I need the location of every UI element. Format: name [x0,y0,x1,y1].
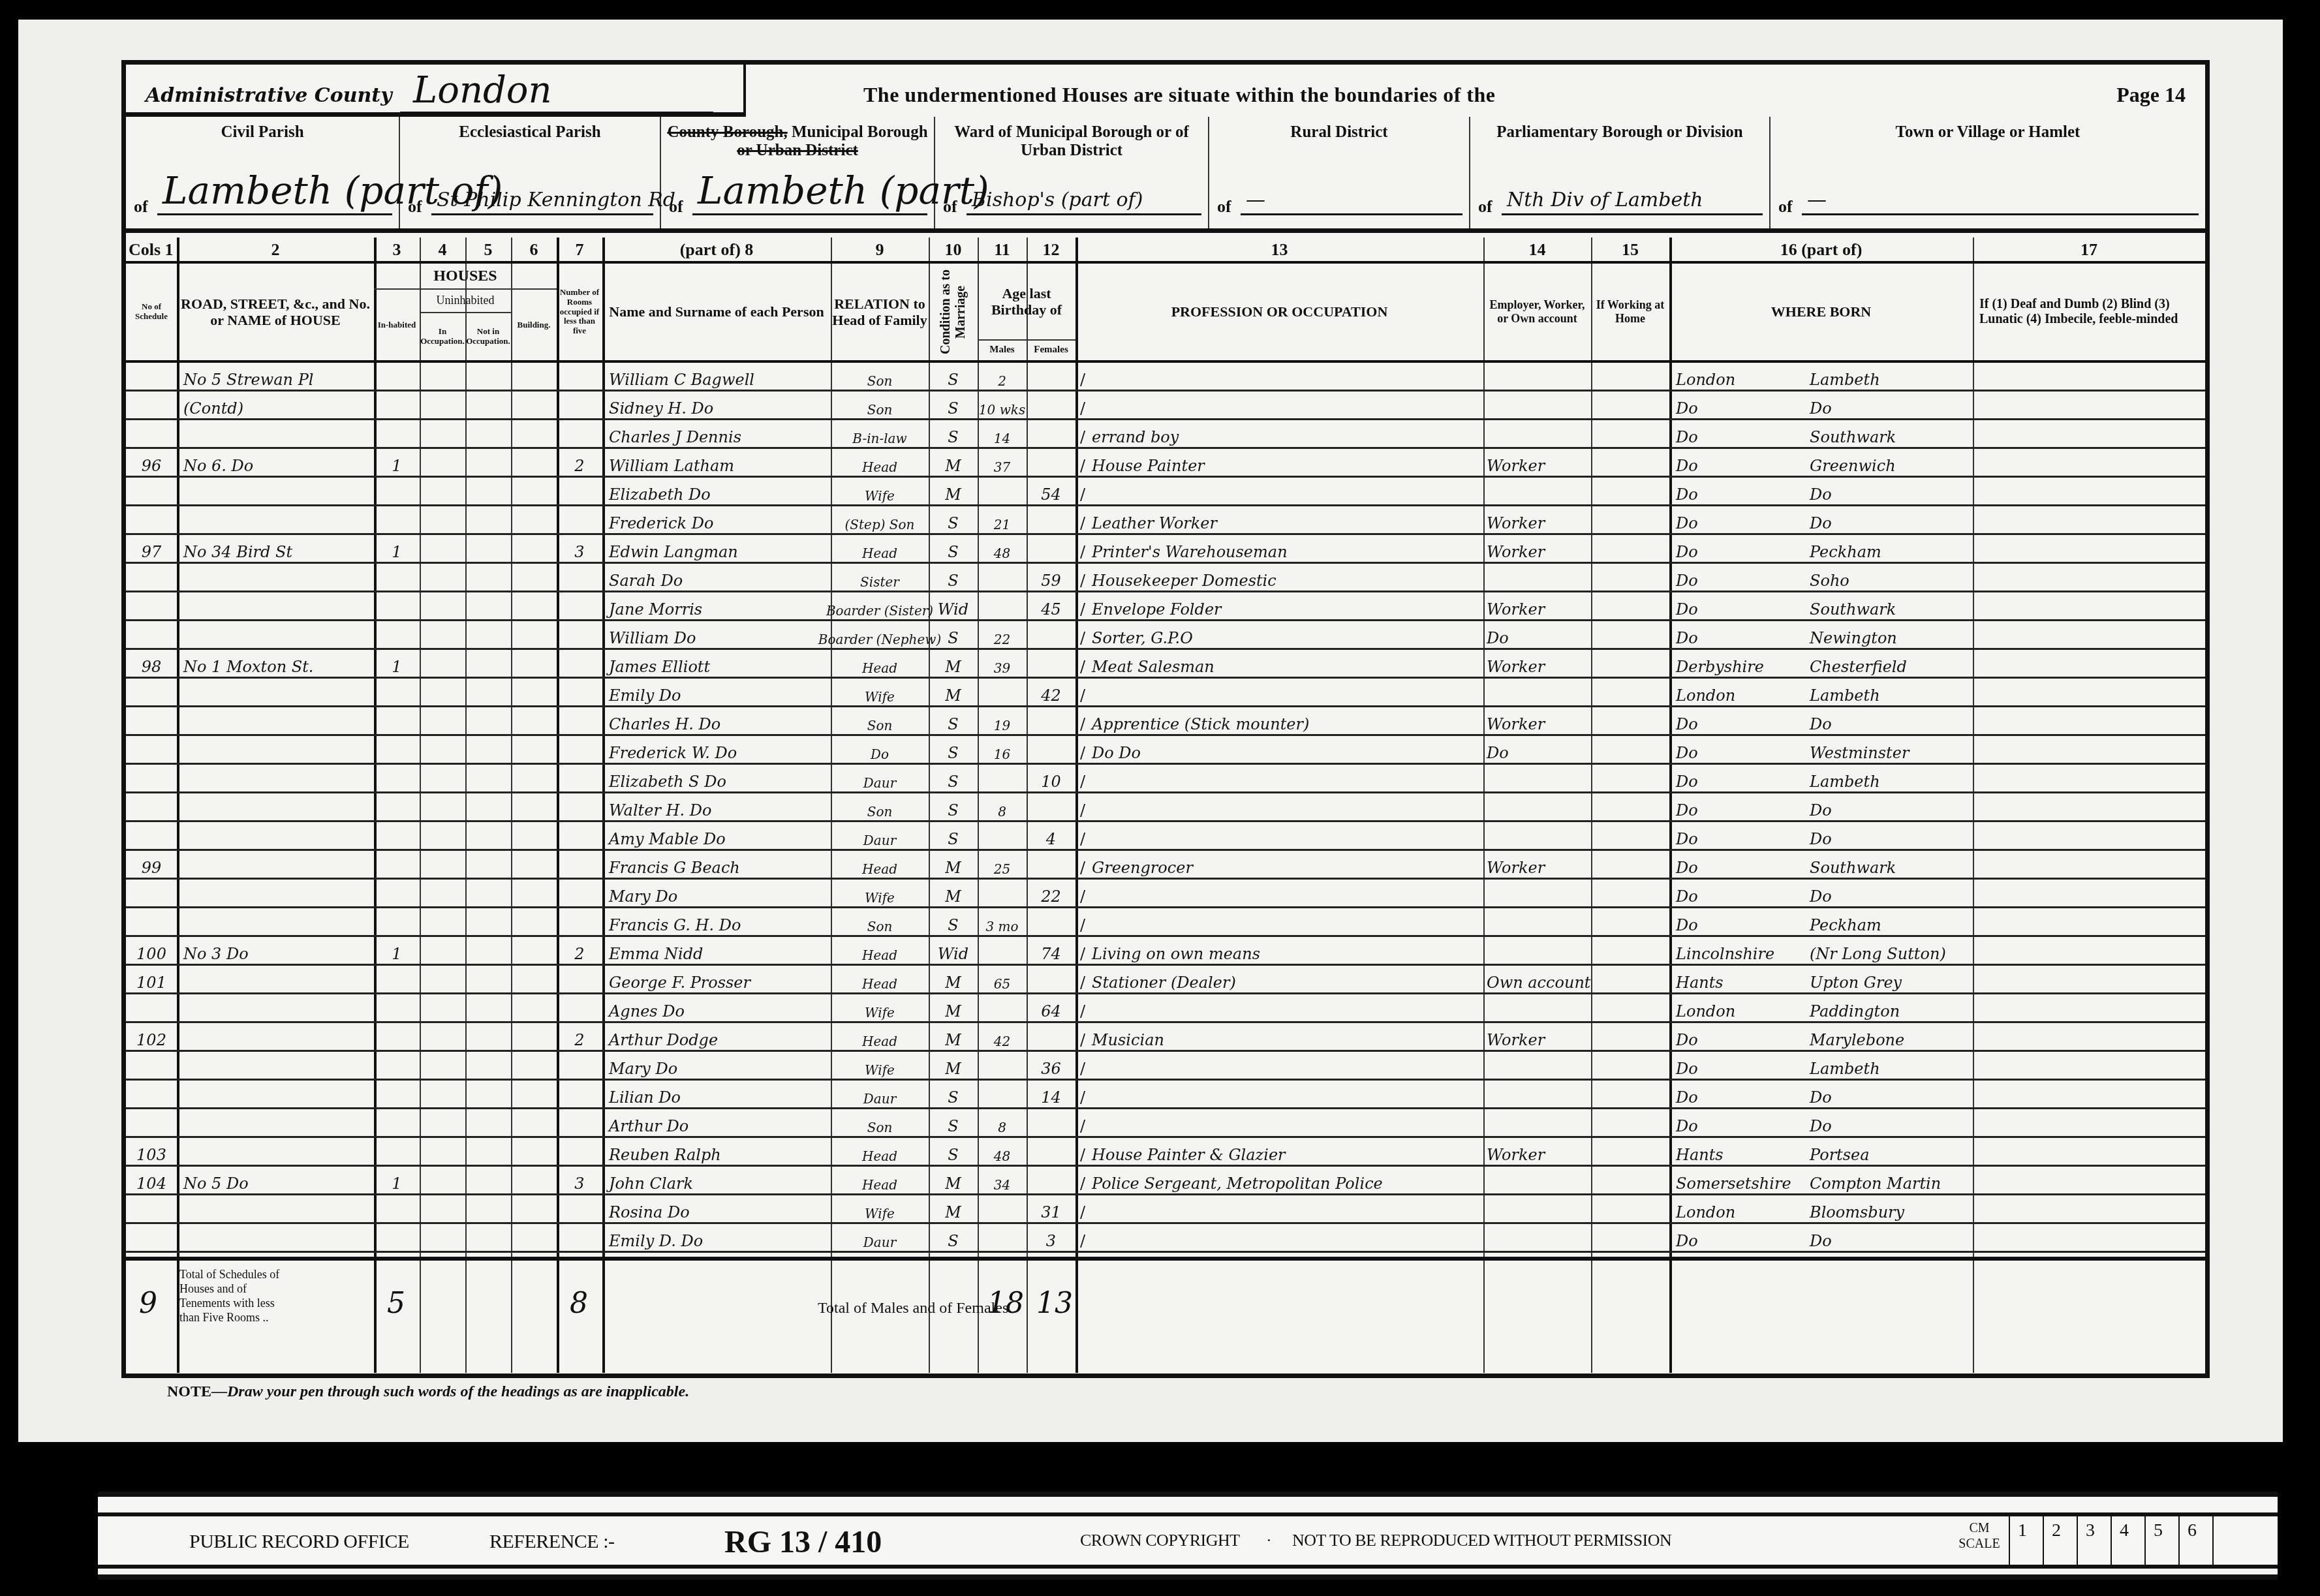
tick-mark-icon: / [1080,1023,1089,1052]
total-inhabited: 5 [387,1287,405,1320]
cell-relation: Head [831,1023,929,1052]
cell-road: No 5 Do [183,1167,373,1195]
cell-inhabited [374,851,420,880]
cell-inhabited [374,736,420,765]
cell-name: Francis G. H. Do [609,908,831,937]
cell-male-age [978,679,1027,707]
cell-rooms [557,1052,602,1081]
cell-schedule [126,391,177,420]
total-females: 13 [1036,1287,1073,1320]
cell-rooms [557,1138,602,1167]
table-row: Amy Mable DoDaurS4DoDo/ [126,822,2205,851]
cell-name: Emma Nidd [609,937,831,966]
cell-female-age [1027,736,1075,765]
tick-mark-icon: / [1080,1224,1089,1253]
cell-name: William C Bagwell [609,363,831,391]
cell-born-place: Compton Martin [1810,1167,1973,1195]
cell-rooms: 3 [557,1167,602,1195]
municipal-borough-value: Lambeth (part) [692,168,927,215]
cell-road: No 1 Moxton St. [183,650,373,679]
cell-born-place: Do [1810,707,1973,736]
cell-born-place: Lambeth [1810,1052,1973,1081]
cell-employer: Own account [1487,966,1591,994]
cell-occupation [1092,679,1483,707]
cell-male-age: 42 [978,1023,1027,1052]
cell-born-county: Do [1676,736,1806,765]
cell-occupation: Meat Salesman [1092,650,1483,679]
cell-male-age: 34 [978,1167,1027,1195]
tick-mark-icon: / [1080,736,1089,765]
cell-occupation: House Painter & Glazier [1092,1138,1483,1167]
cell-rooms [557,506,602,535]
cell-road [183,994,373,1023]
area-ecclesiastical-parish: Ecclesiastical Parish of St Philip Kenni… [400,117,661,228]
area-parliamentary-borough: Parliamentary Borough or Division of Nth… [1470,117,1771,228]
cell-occupation [1092,1052,1483,1081]
cell-female-age: 3 [1027,1224,1075,1253]
cell-born-county: Do [1676,535,1806,564]
cell-occupation: Apprentice (Stick mounter) [1092,707,1483,736]
cell-road [183,793,373,822]
cell-rooms [557,880,602,908]
cell-born-place: Do [1810,1109,1973,1138]
cell-condition: S [929,1081,978,1109]
cell-employer: Worker [1487,506,1591,535]
cell-inhabited [374,994,420,1023]
cell-road [183,1224,373,1253]
cell-male-age: 19 [978,707,1027,736]
cell-inhabited [374,420,420,449]
cell-occupation [1092,391,1483,420]
cell-occupation [1092,478,1483,506]
cell-male-age: 16 [978,736,1027,765]
cell-schedule [126,420,177,449]
cell-born-county: London [1676,679,1806,707]
cell-rooms [557,621,602,650]
census-form-frame: Administrative County London The underme… [121,60,2210,1378]
cell-female-age [1027,1023,1075,1052]
cell-relation: Son [831,707,929,736]
cell-female-age: 10 [1027,765,1075,793]
cell-road: No 6. Do [183,449,373,478]
cell-road [183,707,373,736]
cell-employer: Worker [1487,707,1591,736]
tick-mark-icon: / [1080,937,1089,966]
cell-male-age [978,1052,1027,1081]
cell-relation: Son [831,391,929,420]
cell-inhabited: 1 [374,1167,420,1195]
cell-employer [1487,1081,1591,1109]
cell-relation: B-in-law [831,420,929,449]
totals-label: Total of Schedules of Houses and of Tene… [179,1267,287,1325]
cell-inhabited [374,592,420,621]
cell-road [183,1052,373,1081]
cell-inhabited [374,564,420,592]
cell-female-age [1027,621,1075,650]
cell-name: Arthur Do [609,1109,831,1138]
table-row: Lilian DoDaurS14DoDo/ [126,1081,2205,1109]
table-row: Mary DoWifeM22DoDo/ [126,880,2205,908]
cell-schedule [126,679,177,707]
cell-rooms [557,1109,602,1138]
cell-inhabited [374,908,420,937]
cell-born-place: Do [1810,822,1973,851]
cell-employer [1487,363,1591,391]
cell-relation: Wife [831,679,929,707]
cell-occupation [1092,793,1483,822]
cell-employer: Worker [1487,592,1591,621]
tick-mark-icon: / [1080,994,1089,1023]
cell-occupation: Musician [1092,1023,1483,1052]
cell-male-age: 22 [978,621,1027,650]
cell-schedule [126,822,177,851]
cell-condition: M [929,880,978,908]
total-males: 18 [987,1287,1024,1320]
cell-name: James Elliott [609,650,831,679]
cell-born-county: Do [1676,621,1806,650]
cell-road [183,851,373,880]
cell-relation: Head [831,966,929,994]
cell-female-age [1027,420,1075,449]
cell-born-county: Hants [1676,966,1806,994]
cell-female-age: 45 [1027,592,1075,621]
cell-relation: Daur [831,765,929,793]
cell-born-county: Do [1676,420,1806,449]
cell-occupation [1092,908,1483,937]
cell-condition: M [929,1167,978,1195]
cell-born-county: Do [1676,506,1806,535]
cell-condition: S [929,535,978,564]
table-row: 97No 34 Bird St13Edwin LangmanHeadS48Pri… [126,535,2205,564]
cell-rooms [557,765,602,793]
cell-occupation: Housekeeper Domestic [1092,564,1483,592]
cell-condition: M [929,1052,978,1081]
cell-condition: S [929,391,978,420]
cell-relation: Son [831,908,929,937]
tick-mark-icon: / [1080,765,1089,793]
rural-district-value: — [1241,187,1462,215]
tick-mark-icon: / [1080,679,1089,707]
cell-female-age [1027,966,1075,994]
cell-rooms [557,363,602,391]
cell-inhabited: 1 [374,650,420,679]
cell-born-county: Do [1676,707,1806,736]
cell-female-age [1027,363,1075,391]
cell-female-age [1027,793,1075,822]
cell-road [183,1081,373,1109]
cell-condition: Wid [929,592,978,621]
cell-road: No 5 Strewan Pl [183,363,373,391]
cell-born-county: Do [1676,880,1806,908]
cell-road [183,822,373,851]
cell-rooms [557,822,602,851]
cell-born-place: Newington [1810,621,1973,650]
cell-relation: Head [831,1138,929,1167]
cell-employer: Worker [1487,1023,1591,1052]
cell-occupation [1092,994,1483,1023]
cell-male-age: 8 [978,793,1027,822]
cell-name: Agnes Do [609,994,831,1023]
cell-female-age [1027,506,1075,535]
cell-relation: Wife [831,880,929,908]
area-rural-district: Rural District of — [1209,117,1470,228]
cell-born-place: Do [1810,1224,1973,1253]
cell-born-place: Peckham [1810,908,1973,937]
cell-born-place: Do [1810,478,1973,506]
cell-road [183,880,373,908]
cell-employer: Worker [1487,650,1591,679]
table-row: Rosina DoWifeM31LondonBloomsbury/ [126,1195,2205,1224]
cell-rooms [557,420,602,449]
cell-condition: M [929,679,978,707]
tick-mark-icon: / [1080,449,1089,478]
cell-name: Sarah Do [609,564,831,592]
cell-rooms [557,650,602,679]
cell-condition: S [929,707,978,736]
table-row: 1022Arthur DodgeHeadM42MusicianWorkerDoM… [126,1023,2205,1052]
cell-relation: Head [831,1167,929,1195]
cell-relation: Head [831,535,929,564]
tick-mark-icon: / [1080,880,1089,908]
cell-male-age: 10 wks [978,391,1027,420]
cell-name: Reuben Ralph [609,1138,831,1167]
cell-condition: S [929,621,978,650]
cell-relation: Boarder (Sister) [831,592,929,621]
archive-footer: PUBLIC RECORD OFFICE REFERENCE :- RG 13 … [98,1492,2278,1580]
cell-schedule [126,621,177,650]
table-row: No 5 Strewan PlWilliam C BagwellSonS2Lon… [126,363,2205,391]
table-row: Charles H. DoSonS19Apprentice (Stick mou… [126,707,2205,736]
cell-condition: S [929,363,978,391]
cell-occupation: Stationer (Dealer) [1092,966,1483,994]
cell-male-age: 3 mo [978,908,1027,937]
cell-road [183,736,373,765]
cell-condition: S [929,564,978,592]
cell-born-county: Do [1676,478,1806,506]
cell-schedule: 103 [126,1138,177,1167]
tick-mark-icon: / [1080,793,1089,822]
cell-inhabited [374,363,420,391]
cell-male-age [978,880,1027,908]
cell-road [183,621,373,650]
cell-schedule [126,1224,177,1253]
cell-born-county: London [1676,1195,1806,1224]
cell-occupation [1092,1081,1483,1109]
column-headings: No of Schedule ROAD, STREET, &c., and No… [126,264,2205,363]
record-office: PUBLIC RECORD OFFICE [189,1531,409,1553]
cell-inhabited [374,707,420,736]
cell-condition: S [929,420,978,449]
cell-rooms: 2 [557,449,602,478]
cell-occupation [1092,363,1483,391]
cell-rooms [557,1224,602,1253]
cell-name: Elizabeth S Do [609,765,831,793]
cell-female-age [1027,908,1075,937]
table-row: Sarah DoSisterS59Housekeeper DomesticDoS… [126,564,2205,592]
cell-male-age: 48 [978,535,1027,564]
area-headings: Civil Parish of Lambeth (part of) Eccles… [126,117,2205,233]
cell-relation: Wife [831,478,929,506]
cell-employer: Do [1487,736,1591,765]
cell-male-age [978,765,1027,793]
table-row: Charles J DennisB-in-lawS14errand boyDoS… [126,420,2205,449]
cell-inhabited [374,1109,420,1138]
cell-male-age [978,822,1027,851]
cell-born-place: Chesterfield [1810,650,1973,679]
cell-schedule: 98 [126,650,177,679]
cell-born-county: Do [1676,851,1806,880]
cell-inhabited: 1 [374,937,420,966]
cell-born-county: Hants [1676,1138,1806,1167]
cell-inhabited [374,679,420,707]
cell-employer [1487,1109,1591,1138]
tick-mark-icon: / [1080,1052,1089,1081]
cell-male-age [978,1224,1027,1253]
cell-employer [1487,765,1591,793]
cell-occupation [1092,1109,1483,1138]
census-sheet: Administrative County London The underme… [18,20,2283,1442]
cell-female-age: 4 [1027,822,1075,851]
cell-employer: Do [1487,621,1591,650]
admin-county-value: London [400,70,713,114]
tick-mark-icon: / [1080,535,1089,564]
cell-female-age [1027,535,1075,564]
cell-name: Emily Do [609,679,831,707]
cell-condition: M [929,1195,978,1224]
cell-employer [1487,1195,1591,1224]
cell-condition: S [929,506,978,535]
cell-born-county: Do [1676,908,1806,937]
cell-schedule: 102 [126,1023,177,1052]
cell-male-age: 65 [978,966,1027,994]
cell-inhabited [374,506,420,535]
cell-name: Lilian Do [609,1081,831,1109]
cell-road: No 34 Bird St [183,535,373,564]
cell-condition: M [929,966,978,994]
cell-rooms [557,793,602,822]
cell-road [183,592,373,621]
table-row: 104No 5 Do13John ClarkHeadM34Police Serg… [126,1167,2205,1195]
cell-employer [1487,564,1591,592]
table-row: 101George F. ProsserHeadM65Stationer (De… [126,966,2205,994]
cell-schedule: 104 [126,1167,177,1195]
cell-born-place: Do [1810,506,1973,535]
cell-road [183,478,373,506]
cell-rooms [557,592,602,621]
cell-born-place: Greenwich [1810,449,1973,478]
cell-relation: Daur [831,1081,929,1109]
cell-schedule [126,1081,177,1109]
cell-occupation: errand boy [1092,420,1483,449]
tick-mark-icon: / [1080,564,1089,592]
cell-born-place: Southwark [1810,420,1973,449]
cell-name: Edwin Langman [609,535,831,564]
reproduction-notice: NOT TO BE REPRODUCED WITHOUT PERMISSION [1292,1531,1671,1550]
cell-condition: S [929,1224,978,1253]
cell-male-age: 2 [978,363,1027,391]
tick-mark-icon: / [1080,363,1089,391]
cell-condition: M [929,1023,978,1052]
cell-road [183,966,373,994]
cell-name: Sidney H. Do [609,391,831,420]
cell-born-place: Southwark [1810,592,1973,621]
cell-rooms: 2 [557,1023,602,1052]
cell-schedule [126,1052,177,1081]
cell-name: Mary Do [609,880,831,908]
cell-road: No 3 Do [183,937,373,966]
totals-row: 9 Total of Schedules of Houses and of Te… [126,1257,2205,1374]
cell-relation: Head [831,851,929,880]
cell-male-age [978,1081,1027,1109]
table-row: Frederick Do(Step) SonS21Leather WorkerW… [126,506,2205,535]
cell-schedule: 96 [126,449,177,478]
cell-employer [1487,793,1591,822]
cell-road [183,1138,373,1167]
cell-born-place: Upton Grey [1810,966,1973,994]
table-row: Mary DoWifeM36DoLambeth/ [126,1052,2205,1081]
cell-born-place: Lambeth [1810,765,1973,793]
cell-male-age [978,1195,1027,1224]
cell-born-county: Do [1676,564,1806,592]
cell-schedule [126,736,177,765]
cell-name: Rosina Do [609,1195,831,1224]
table-row: Jane MorrisBoarder (Sister)Wid45Envelope… [126,592,2205,621]
cell-female-age [1027,1109,1075,1138]
cell-female-age: 59 [1027,564,1075,592]
cell-condition: S [929,765,978,793]
cell-born-county: London [1676,363,1806,391]
cell-rooms [557,391,602,420]
tick-mark-icon: / [1080,851,1089,880]
cell-occupation [1092,880,1483,908]
cell-schedule [126,707,177,736]
cell-schedule [126,363,177,391]
civil-parish-value: Lambeth (part of) [157,168,392,215]
cell-rooms [557,966,602,994]
cell-name: Mary Do [609,1052,831,1081]
cell-schedule [126,908,177,937]
cell-born-place: Soho [1810,564,1973,592]
cell-born-county: Do [1676,592,1806,621]
cell-name: Charles J Dennis [609,420,831,449]
tick-mark-icon: / [1080,478,1089,506]
cell-schedule: 100 [126,937,177,966]
total-schedules: 9 [139,1287,157,1320]
cell-relation: Head [831,937,929,966]
cell-born-county: Do [1676,1109,1806,1138]
cell-born-county: Do [1676,793,1806,822]
cell-female-age: 42 [1027,679,1075,707]
cell-name: William Do [609,621,831,650]
cell-name: Frederick Do [609,506,831,535]
cell-road [183,1023,373,1052]
cell-road [183,765,373,793]
tick-mark-icon: / [1080,1138,1089,1167]
cell-occupation: Sorter, G.P.O [1092,621,1483,650]
cell-employer: Worker [1487,851,1591,880]
cell-name: George F. Prosser [609,966,831,994]
cell-schedule [126,506,177,535]
cm-scale: CM SCALE 1 2 3 4 5 6 [1950,1516,2278,1565]
cell-employer [1487,420,1591,449]
total-rooms: 8 [570,1287,588,1320]
cell-rooms [557,736,602,765]
cell-born-place: Do [1810,880,1973,908]
area-civil-parish: Civil Parish of Lambeth (part of) [126,117,400,228]
cell-inhabited [374,1081,420,1109]
town-village-value: — [1802,187,2199,215]
table-row: Arthur DoSonS8DoDo/ [126,1109,2205,1138]
